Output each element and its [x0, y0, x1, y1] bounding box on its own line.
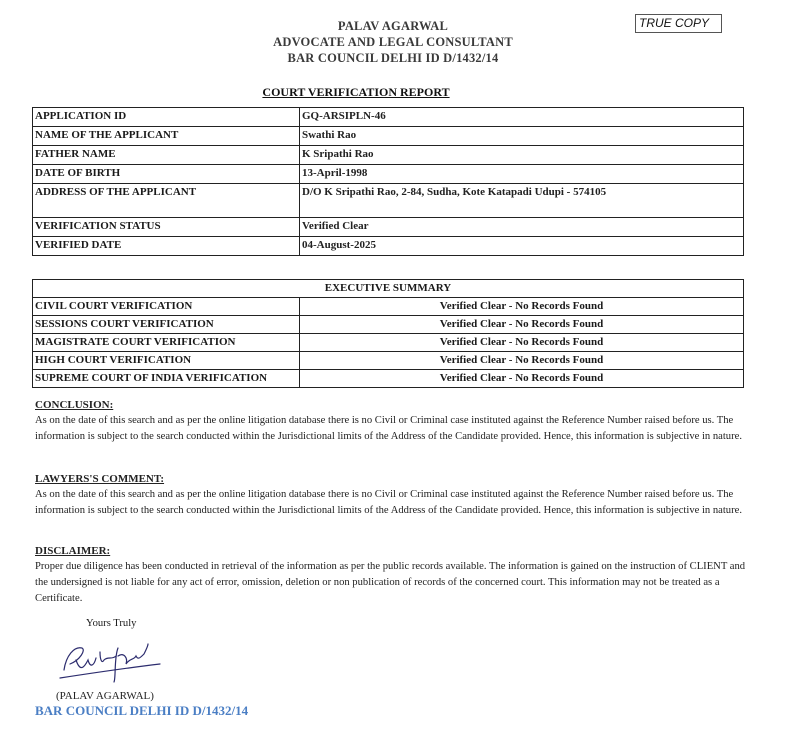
summary-heading: EXECUTIVE SUMMARY: [33, 280, 744, 298]
court-label: MAGISTRATE COURT VERIFICATION: [33, 334, 300, 352]
signature-icon: [56, 638, 166, 688]
court-result: Verified Clear - No Records Found: [300, 370, 744, 388]
table-row: SUPREME COURT OF INDIA VERIFICATIONVerif…: [33, 370, 744, 388]
applicant-details-table: APPLICATION IDGQ-ARSIPLN-46 NAME OF THE …: [32, 107, 744, 256]
detail-value: K Sripathi Rao: [300, 146, 744, 165]
conclusion-heading: CONCLUSION:: [35, 397, 750, 413]
signatory-name: (PALAV AGARWAL): [56, 690, 154, 702]
detail-value: D/O K Sripathi Rao, 2-84, Sudha, Kote Ka…: [300, 184, 744, 218]
court-label: SUPREME COURT OF INDIA VERIFICATION: [33, 370, 300, 388]
signatory-bar-id: BAR COUNCIL DELHI ID D/1432/14: [35, 703, 248, 719]
table-row: FATHER NAMEK Sripathi Rao: [33, 146, 744, 165]
conclusion-section: CONCLUSION: As on the date of this searc…: [35, 397, 750, 445]
lawyers-comment-section: LAWYERS'S COMMENT: As on the date of thi…: [35, 471, 750, 519]
court-result: Verified Clear - No Records Found: [300, 316, 744, 334]
court-result: Verified Clear - No Records Found: [300, 298, 744, 316]
detail-label: DATE OF BIRTH: [33, 165, 300, 184]
advocate-bar-id: BAR COUNCIL DELHI ID D/1432/14: [0, 50, 786, 66]
detail-value: Verified Clear: [300, 218, 744, 237]
detail-label: VERIFICATION STATUS: [33, 218, 300, 237]
detail-label: NAME OF THE APPLICANT: [33, 127, 300, 146]
lawyers-comment-text: As on the date of this search and as per…: [35, 487, 750, 519]
table-row: NAME OF THE APPLICANTSwathi Rao: [33, 127, 744, 146]
closing-text: Yours Truly: [86, 618, 136, 629]
table-row: APPLICATION IDGQ-ARSIPLN-46: [33, 108, 744, 127]
disclaimer-heading: DISCLAIMER:: [35, 543, 750, 559]
detail-value: GQ-ARSIPLN-46: [300, 108, 744, 127]
lawyers-comment-heading: LAWYERS'S COMMENT:: [35, 471, 750, 487]
detail-label: FATHER NAME: [33, 146, 300, 165]
disclaimer-text: Proper due diligence has been conducted …: [35, 559, 750, 607]
court-label: CIVIL COURT VERIFICATION: [33, 298, 300, 316]
detail-label: ADDRESS OF THE APPLICANT: [33, 184, 300, 218]
executive-summary-table: EXECUTIVE SUMMARY CIVIL COURT VERIFICATI…: [32, 279, 744, 388]
table-row: VERIFIED DATE04-August-2025: [33, 237, 744, 256]
detail-value: Swathi Rao: [300, 127, 744, 146]
disclaimer-section: DISCLAIMER: Proper due diligence has bee…: [35, 543, 750, 607]
conclusion-text: As on the date of this search and as per…: [35, 413, 750, 445]
table-row: MAGISTRATE COURT VERIFICATIONVerified Cl…: [33, 334, 744, 352]
detail-label: APPLICATION ID: [33, 108, 300, 127]
report-title: COURT VERIFICATION REPORT: [0, 85, 712, 100]
court-label: HIGH COURT VERIFICATION: [33, 352, 300, 370]
court-result: Verified Clear - No Records Found: [300, 352, 744, 370]
table-row: CIVIL COURT VERIFICATIONVerified Clear -…: [33, 298, 744, 316]
advocate-title: ADVOCATE AND LEGAL CONSULTANT: [0, 34, 786, 50]
detail-label: VERIFIED DATE: [33, 237, 300, 256]
table-row: DATE OF BIRTH13-April-1998: [33, 165, 744, 184]
table-row: HIGH COURT VERIFICATIONVerified Clear - …: [33, 352, 744, 370]
detail-value: 13-April-1998: [300, 165, 744, 184]
detail-value: 04-August-2025: [300, 237, 744, 256]
table-row: ADDRESS OF THE APPLICANTD/O K Sripathi R…: [33, 184, 744, 218]
table-header-row: EXECUTIVE SUMMARY: [33, 280, 744, 298]
true-copy-stamp: TRUE COPY: [635, 14, 722, 33]
table-row: SESSIONS COURT VERIFICATIONVerified Clea…: [33, 316, 744, 334]
court-result: Verified Clear - No Records Found: [300, 334, 744, 352]
table-row: VERIFICATION STATUSVerified Clear: [33, 218, 744, 237]
court-label: SESSIONS COURT VERIFICATION: [33, 316, 300, 334]
